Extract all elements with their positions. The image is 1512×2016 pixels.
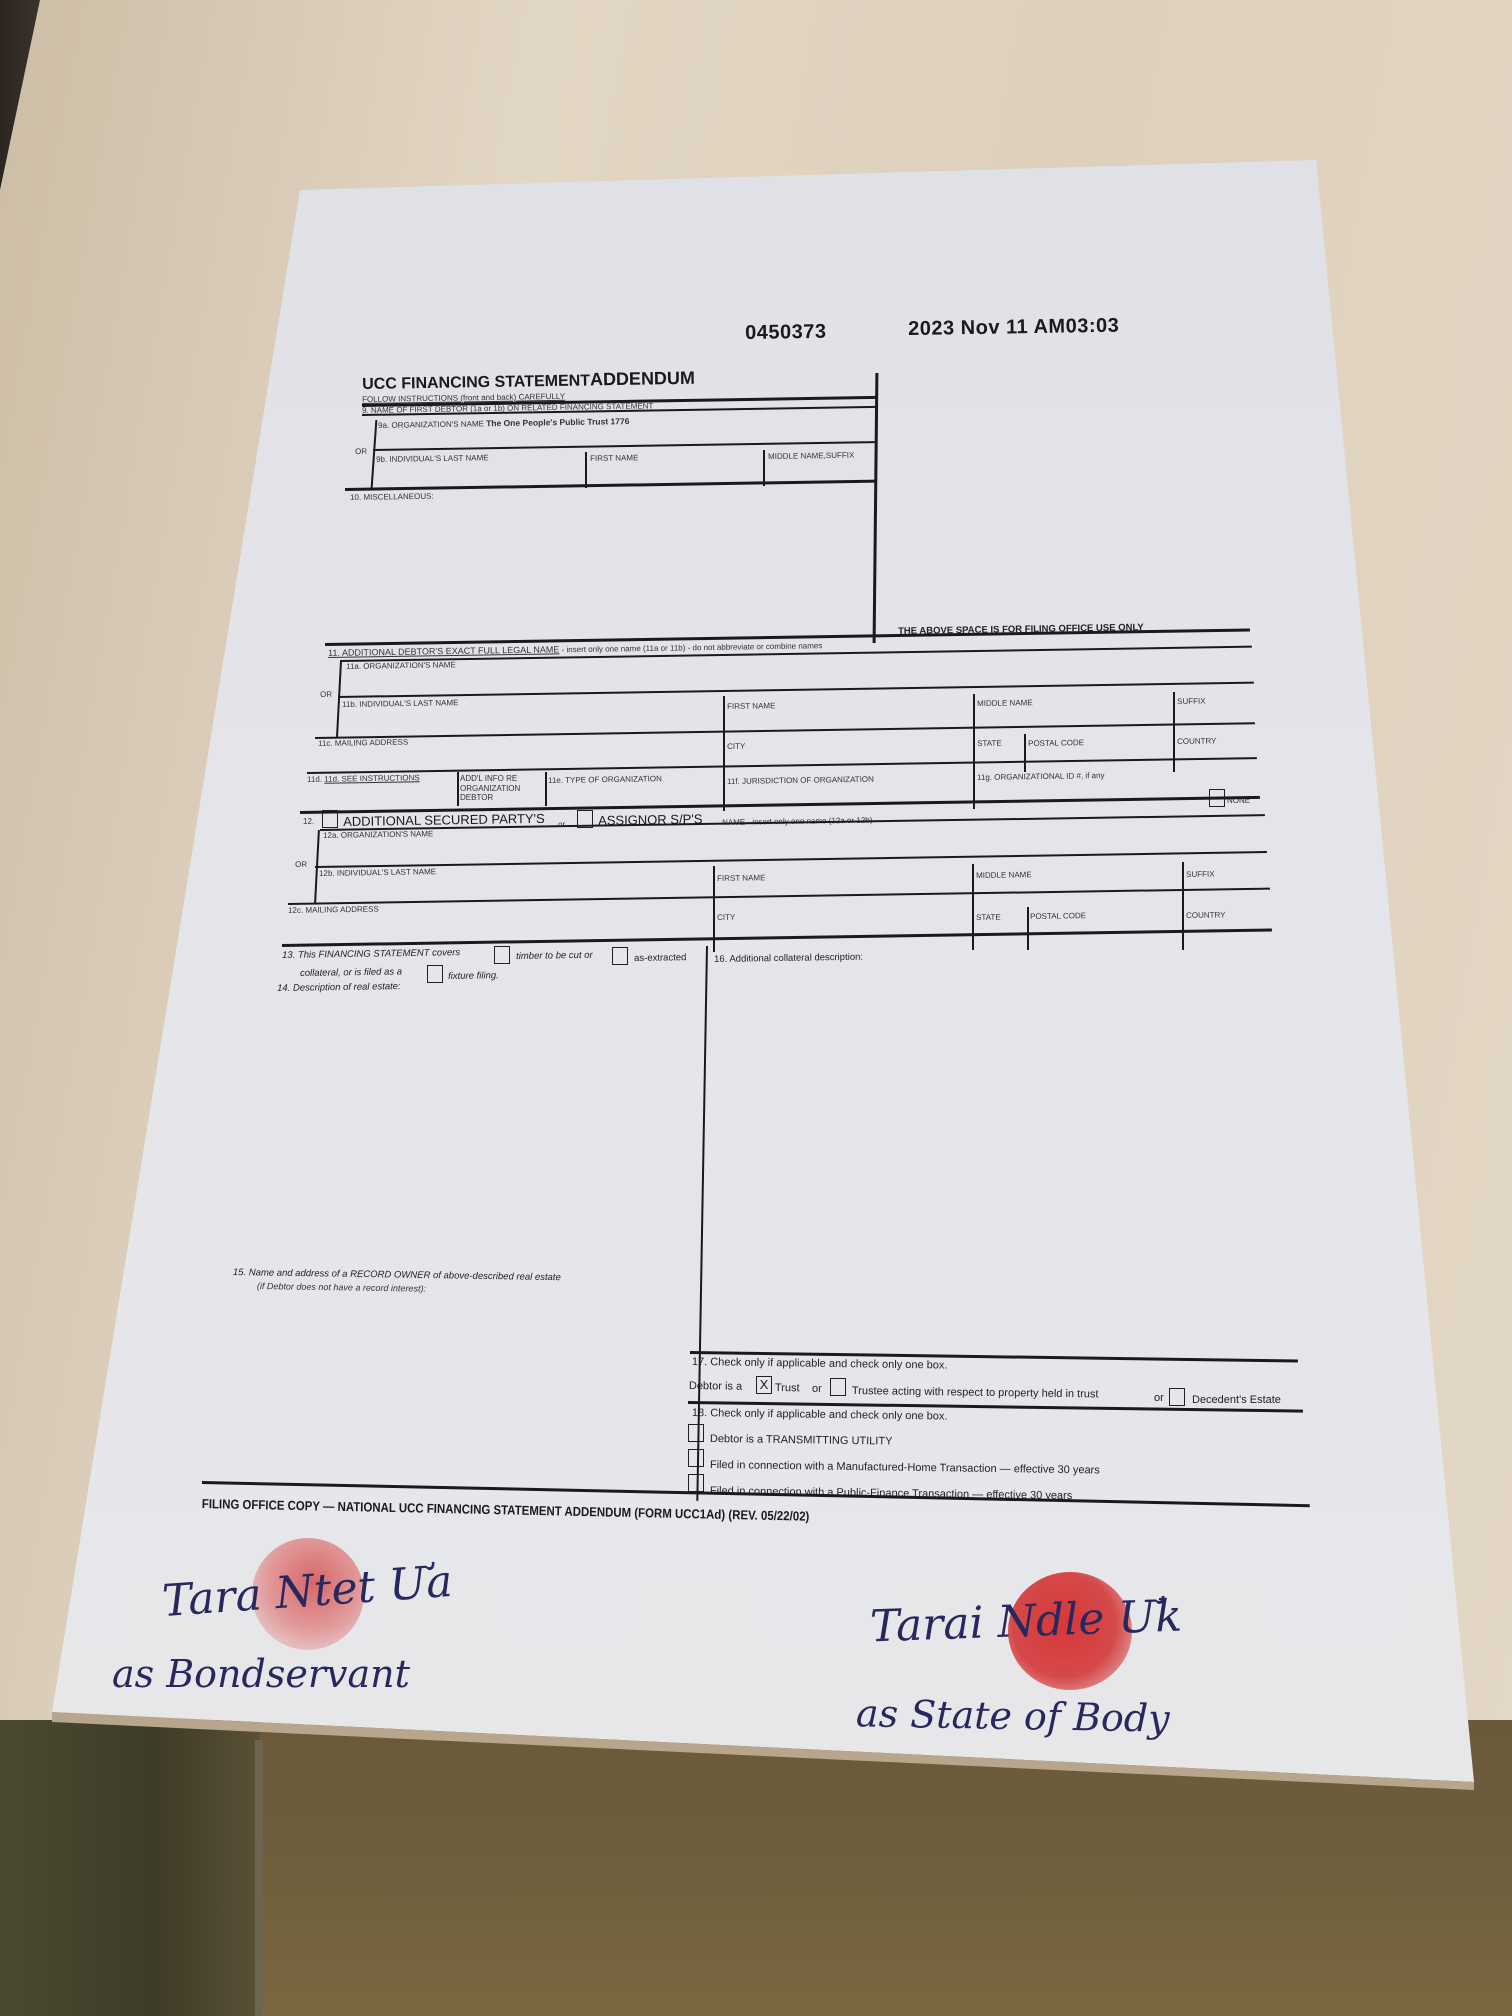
filing-timestamp: 2023 Nov 11 AM03:03 [908,315,1119,341]
decedents-estate-checkbox[interactable] [1169,1388,1185,1406]
section18-label: 18. Check only if applicable and check o… [692,1407,948,1423]
trust-checkbox[interactable]: X [756,1376,772,1394]
fixture-checkbox[interactable] [427,965,443,983]
section12-country-label: COUNTRY [1186,910,1226,920]
divider [288,888,1270,905]
signature-left-role: as Bondservant [112,1652,410,1696]
divider [972,864,974,950]
trustee-checkbox[interactable] [830,1378,846,1396]
section17-or2: or [1154,1392,1164,1404]
or-label: OR [320,690,332,699]
form-title: UCC FINANCING STATEMENTADDENDUM [362,368,695,394]
section11d-label: 11d. 11d. SEE INSTRUCTIONS [307,773,420,784]
ucc-addendum-form: 0450373 2023 Nov 11 AM03:03 UCC FINANCIN… [0,0,1512,2016]
section11a-label: 11a. ORGANIZATION'S NAME [346,660,456,671]
section11e-label: 11e. TYPE OF ORGANIZATION [548,774,662,785]
divider [373,441,875,450]
divider [307,757,1257,773]
divider [873,373,879,643]
section17-label: 17. Check only if applicable and check o… [692,1356,948,1372]
section13-fixture: fixture filing. [448,970,499,982]
divider [1182,862,1184,950]
section18-option: Debtor is a TRANSMITTING UTILITY [710,1433,893,1448]
section11-suffix-label: SUFFIX [1177,697,1206,706]
section16-label: 16. Additional collateral description: [714,952,863,965]
divider [457,772,459,806]
debtor-org-name: The One People's Public Trust 1776 [486,416,629,428]
section11-country-label: COUNTRY [1177,736,1217,746]
signature-right-role: as State of Body [856,1691,1170,1740]
section12c-label: 12c. MAILING ADDRESS [288,905,379,915]
public-finance-checkbox[interactable] [688,1474,704,1492]
section10-label: 10. MISCELLANEOUS: [350,492,434,502]
section12-first-name-label: FIRST NAME [717,873,765,883]
section17-prefix: Debtor is a [689,1380,742,1393]
divider [1024,734,1026,772]
addl-info-label: ADD'L INFO RE ORGANIZATION DEBTOR [460,774,525,803]
section17-trust: Trust [775,1382,800,1394]
divider [973,694,975,809]
section14-label: 14. Description of real estate: [277,981,401,994]
section15-sublabel: (if Debtor does not have a record intere… [257,1281,426,1294]
form-title-addendum: ADDENDUM [590,368,695,390]
section11g-label: 11g. ORGANIZATIONAL ID #, if any [977,771,1105,782]
or-label: OR [295,860,307,869]
section11-middle-name-label: MIDDLE NAME [977,698,1033,708]
section11b-label: 11b. INDIVIDUAL'S LAST NAME [342,698,459,709]
section13-timber: timber to be cut or [516,950,593,962]
form-title-main: UCC FINANCING STATEMENT [362,372,590,393]
timber-checkbox[interactable] [494,946,510,964]
section12-suffix-label: SUFFIX [1186,870,1215,879]
divider [545,772,547,806]
signature-left: Tara Ntet Ưa [161,1556,454,1627]
manufactured-home-checkbox[interactable] [688,1449,704,1467]
divider [345,480,877,491]
divider [282,928,1272,947]
section11f-label: 11f. JURISDICTION OF ORGANIZATION [727,775,874,786]
section17-trustee: Trustee acting with respect to property … [852,1385,1099,1400]
section11-first-name-label: FIRST NAME [727,701,775,711]
as-extracted-checkbox[interactable] [612,947,628,965]
divider [336,660,342,738]
section13-extracted: as-extracted [634,952,686,964]
divider [338,682,1254,698]
transmitting-utility-checkbox[interactable] [688,1424,704,1442]
section9a-label: 9a. ORGANIZATION'S NAME The One People's… [378,416,629,430]
divider [315,851,1267,867]
file-number: 0450373 [745,321,827,345]
divider [315,722,1255,738]
section18-option: Filed in connection with a Manufactured-… [710,1459,1100,1476]
section17-or1: or [812,1383,822,1395]
section12b-label: 12b. INDIVIDUAL'S LAST NAME [319,867,436,878]
signature-right: Tarai Ndle Ưk [869,1591,1183,1653]
section9-first-name-label: FIRST NAME [590,453,638,463]
section12-postal-label: POSTAL CODE [1030,911,1086,921]
section11-postal-label: POSTAL CODE [1028,738,1084,748]
section9-middle-suffix-label: MIDDLE NAME,SUFFIX [768,451,854,461]
section17-estate: Decedent's Estate [1192,1394,1281,1406]
divider [585,452,587,488]
see-instructions-link[interactable]: 11d. SEE INSTRUCTIONS [324,773,420,783]
divider [300,796,1260,814]
section11c-label: 11c. MAILING ADDRESS [318,738,408,748]
section12-num: 12. [303,817,314,826]
or-label: OR [355,447,367,456]
section12-state-label: STATE [976,913,1001,922]
additional-secured-party-checkbox[interactable] [322,810,338,828]
form-footer: FILING OFFICE COPY — NATIONAL UCC FINANC… [202,1496,810,1524]
divider [1173,692,1175,772]
section12-city-label: CITY [717,913,735,922]
section13-text-b: collateral, or is filed as a [300,966,402,979]
section11-city-label: CITY [727,742,745,751]
divider [723,696,725,811]
section11-state-label: STATE [977,739,1002,748]
section9b-label: 9b. INDIVIDUAL'S LAST NAME [376,453,489,464]
section13-text-a: 13. This FINANCING STATEMENT covers [282,947,460,961]
section12a-label: 12a. ORGANIZATION'S NAME [323,829,433,840]
section12-middle-name-label: MIDDLE NAME [976,870,1032,880]
divider [1027,907,1029,950]
